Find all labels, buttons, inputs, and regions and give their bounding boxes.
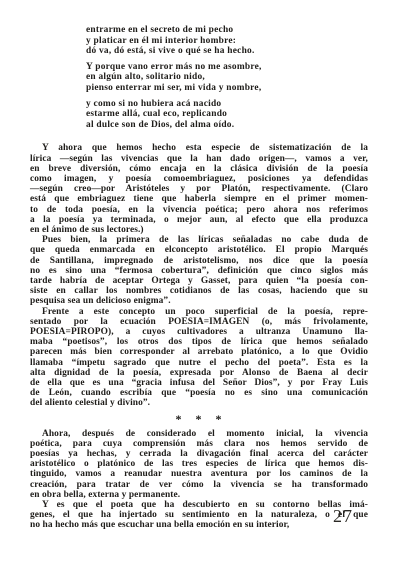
prose-line: Pues bien, la primera de las líricas señ… [30,235,368,245]
prose-line: aristotélico o platónico de las tres esp… [30,459,368,469]
poem-block: entrarme en el secreto de mi pechoy plat… [30,25,368,130]
prose-line: que queda enmarcada en elconcepto aristo… [30,245,368,255]
paragraph: Pues bien, la primera de las líricas señ… [30,235,368,306]
prose-line: —según creo—por Aristóteles y por Platón… [30,184,368,194]
prose-section-2: Ahora, después de considerado el momento… [30,429,368,531]
poem-line: Y porque vano error más no me asombre, [86,62,368,73]
poem-line: en algún alto, solitario nido, [86,72,368,83]
poem-line: al dulce son de Dios, del alma oído. [86,120,368,131]
prose-line: en el ánimo de sus lectores.) [30,225,368,235]
prose-line: maba “poetisos”, los otros dos tipos de … [30,337,368,347]
prose-line: no es sino una “fermosa cobertura”, defi… [30,266,368,276]
poem-stanza: y como si no hubiera acá nacidoestarme a… [86,99,368,131]
poem-stanza: entrarme en el secreto de mi pechoy plat… [86,25,368,57]
prose-line: a la poesía ya terminada, o mejor aun, a… [30,215,368,225]
paragraph: Ahora, después de considerado el momento… [30,429,368,500]
prose-line: sentado por la ecuación POESIA=IMAGEN (o… [30,317,368,327]
prose-line: en obra bella, externa y permanente. [30,490,368,500]
prose-line: en breve diversión, cómo encaja en la cl… [30,164,368,174]
poem-line: y como si no hubiera acá nacido [86,99,368,110]
prose-line: lírica —según las vivencias que la han d… [30,154,368,164]
poem-line: dó va, dó está, si vive o qué se ha hech… [86,46,368,57]
prose-line: siste en callar los nombres cotidianos d… [30,286,368,296]
prose-line: genes, el que ha injertado su sentimient… [30,510,368,520]
poem-line: entrarme en el secreto de mi pecho [86,25,368,36]
prose-section-1: Y ahora que hemos hecho esta especie de … [30,143,368,408]
prose-line: de ella que es una “gracia infusa del Se… [30,378,368,388]
book-page: entrarme en el secreto de mi pechoy plat… [0,0,397,567]
prose-line: Y es que el poeta que ha descubierto en … [30,500,368,510]
page-number: 27 [333,506,353,527]
prose-line: parecen más bien corresponder al arrebat… [30,347,368,357]
prose-line: tarde habría de aceptar Ortega y Gasset,… [30,276,368,286]
prose-line: de León, cuando escribía que “poesía no … [30,388,368,398]
prose-line: alta dignidad de la poesía, expresada po… [30,368,368,378]
page-content: entrarme en el secreto de mi pechoy plat… [30,25,368,531]
prose-line: del aliento celestial y divino”. [30,398,368,408]
prose-line: pesquisa sea un delicioso enigma”. [30,296,368,306]
paragraph: Frente a este concepto un poco superfici… [30,307,368,409]
poem-line: pienso enterrar mi ser, mi vida y nombre… [86,83,368,94]
prose-line: como imagen, y poesía comoembriaguez, po… [30,174,368,184]
paragraph: Y es que el poeta que ha descubierto en … [30,500,368,531]
poem-stanza: Y porque vano error más no me asombre,en… [86,62,368,94]
prose-line: no ha hecho más que escuchar una bella e… [30,520,368,530]
prose-line: to de toda poesía, en la vivencia poétic… [30,205,368,215]
prose-line: tinguido, vamos a reanudar nuestra avent… [30,469,368,479]
prose-line: de Santillana, impregnado de aristotelis… [30,256,368,266]
prose-line: poesías ya hechas, y cerrada la divagaci… [30,449,368,459]
prose-line: creación, para tratar de ver cómo la viv… [30,480,368,490]
poem-line: estarme allá, cual eco, replicando [86,109,368,120]
prose-line: Y ahora que hemos hecho esta especie de … [30,143,368,153]
paragraph: Y ahora que hemos hecho esta especie de … [30,143,368,235]
section-separator: * * * [30,413,368,426]
poem-line: y platicar en él mi interior hombre: [86,36,368,47]
prose-line: poética, para cuya comprensión más clara… [30,439,368,449]
prose-line: Ahora, después de considerado el momento… [30,429,368,439]
prose-line: está que embriaguez tiene que haberla si… [30,194,368,204]
prose-line: Frente a este concepto un poco superfici… [30,307,368,317]
prose-line: POESIA=PIROPO), a cuyos cultivadores a u… [30,327,368,337]
prose-line: llamaba “ímpetu sagrado que nutre el pec… [30,358,368,368]
